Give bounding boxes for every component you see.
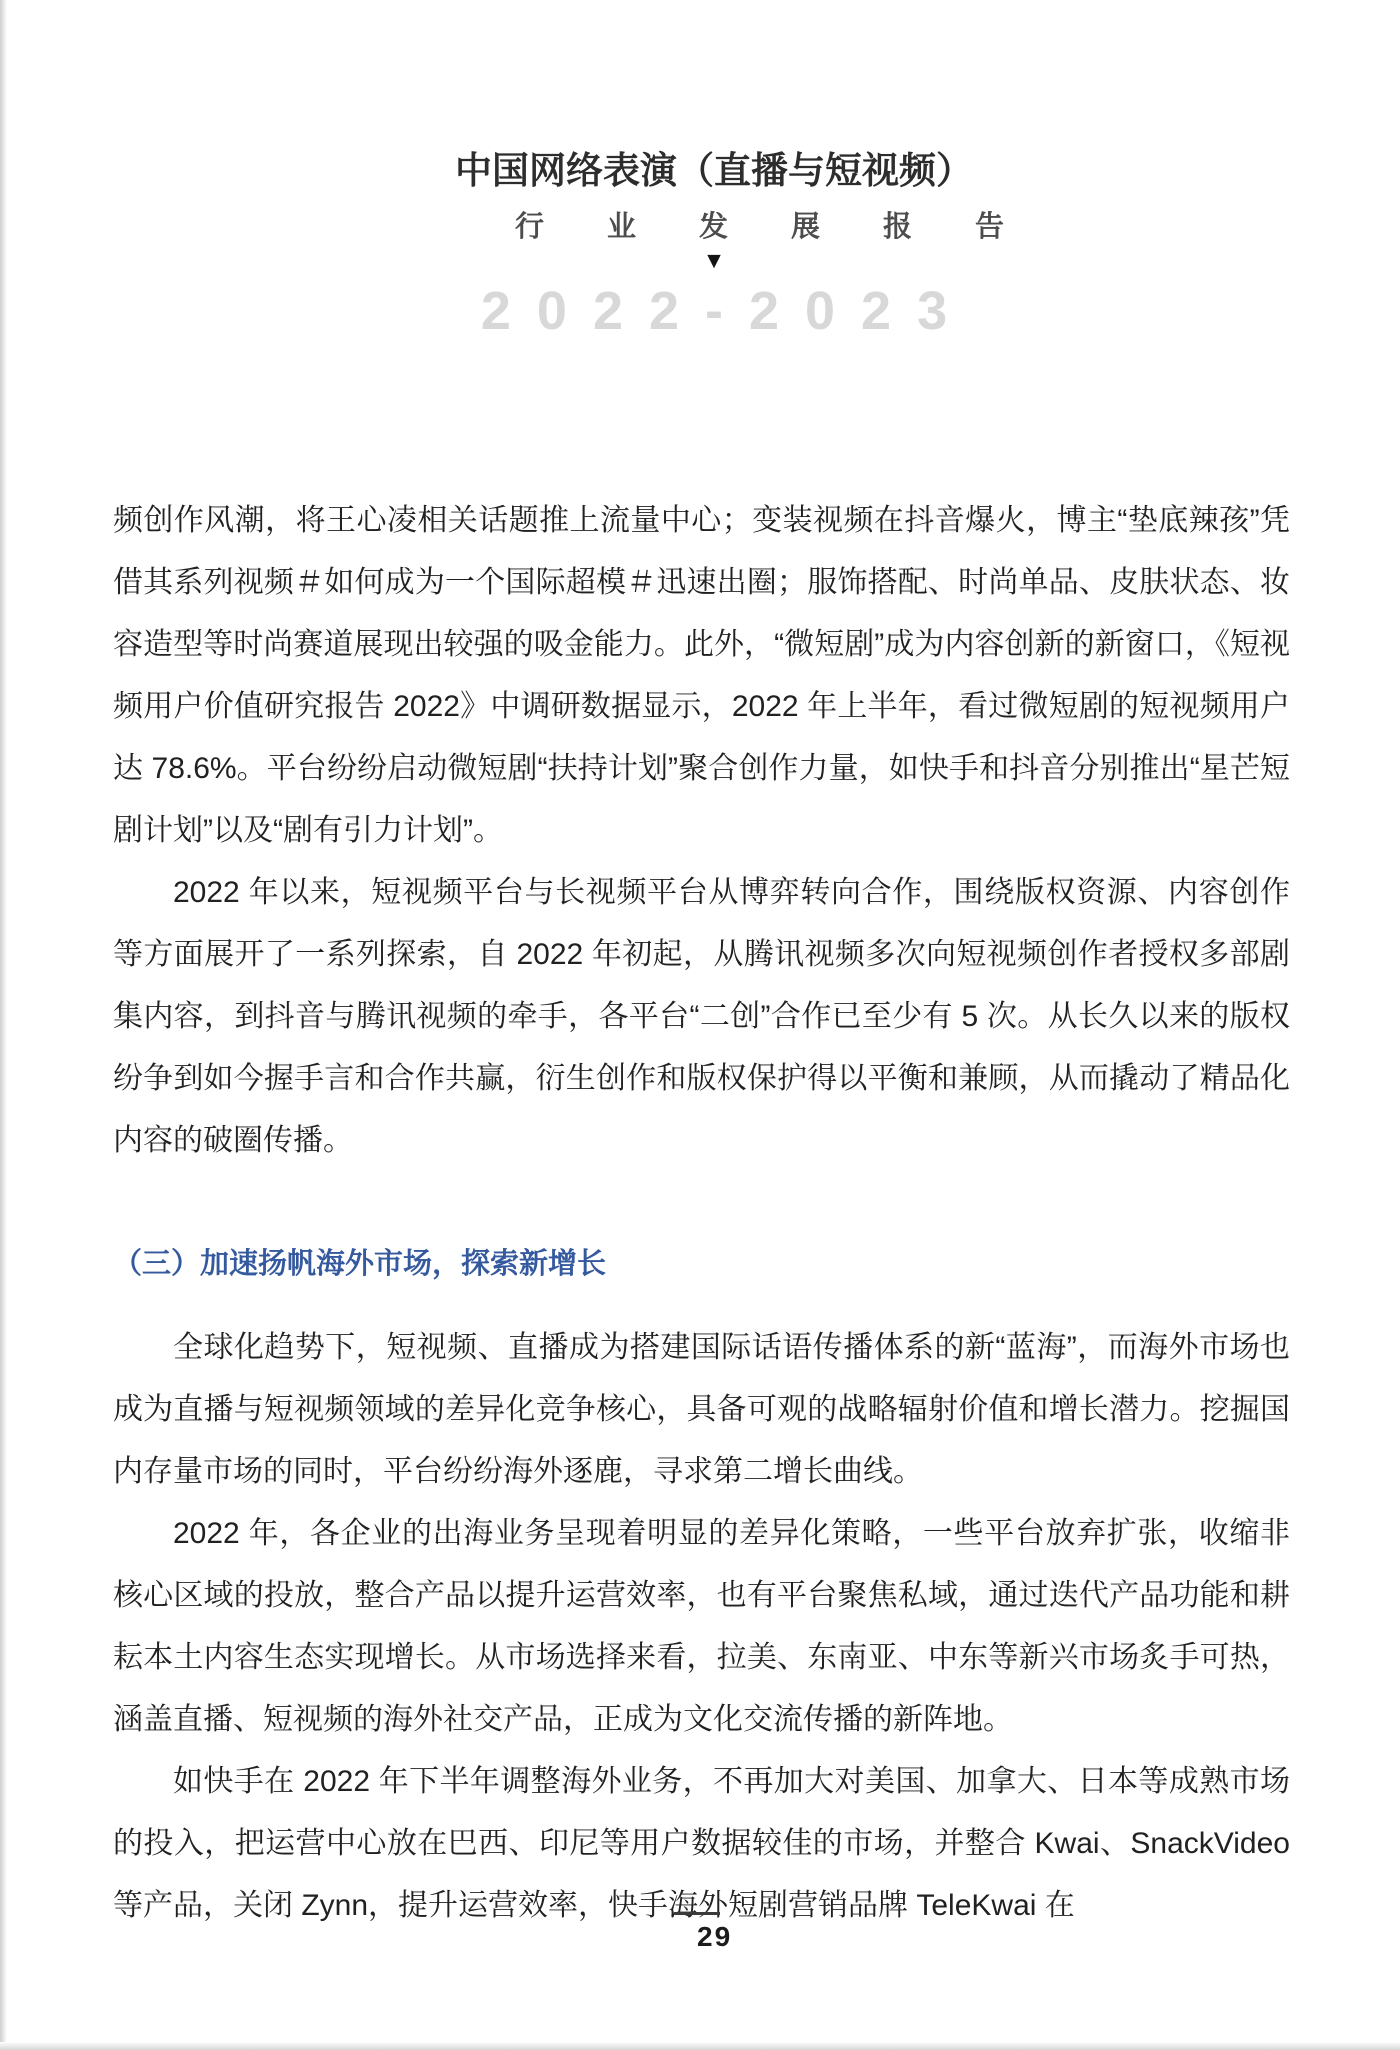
report-header: 中国网络表演（直播与短视频） 行业发展报告 ▼ 2022-2023 [452, 0, 976, 342]
paragraph-3: 全球化趋势下，短视频、直播成为搭建国际话语传播体系的新“蓝海”，而海外市场也成为… [113, 1317, 1290, 1503]
triangle-down-icon: ▼ [452, 249, 976, 272]
footer-divider [674, 1912, 720, 1915]
paragraph-1: 频创作风潮，将王心凌相关话题推上流量中心；变装视频在抖音爆火，博主“垫底辣孩”凭… [113, 490, 1290, 862]
report-page: 中国网络表演（直播与短视频） 行业发展报告 ▼ 2022-2023 频创作风潮，… [0, 0, 1400, 2050]
page-body: 频创作风潮，将王心凌相关话题推上流量中心；变装视频在抖音爆火，博主“垫底辣孩”凭… [113, 490, 1290, 1937]
paragraph-2: 2022 年以来，短视频平台与长视频平台从博弈转向合作，围绕版权资源、内容创作等… [113, 862, 1290, 1172]
report-subtitle: 行业发展报告 [452, 204, 976, 245]
section-heading: （三）加速扬帆海外市场，探索新增长 [113, 1244, 1290, 1285]
paragraph-5: 如快手在 2022 年下半年调整海外业务，不再加大对美国、加拿大、日本等成熟市场… [113, 1751, 1290, 1937]
report-title: 中国网络表演（直播与短视频） [452, 140, 976, 194]
report-years-watermark: 2022-2023 [452, 280, 976, 342]
paragraph-4: 2022 年，各企业的出海业务呈现着明显的差异化策略，一些平台放弃扩张，收缩非核… [113, 1503, 1290, 1751]
